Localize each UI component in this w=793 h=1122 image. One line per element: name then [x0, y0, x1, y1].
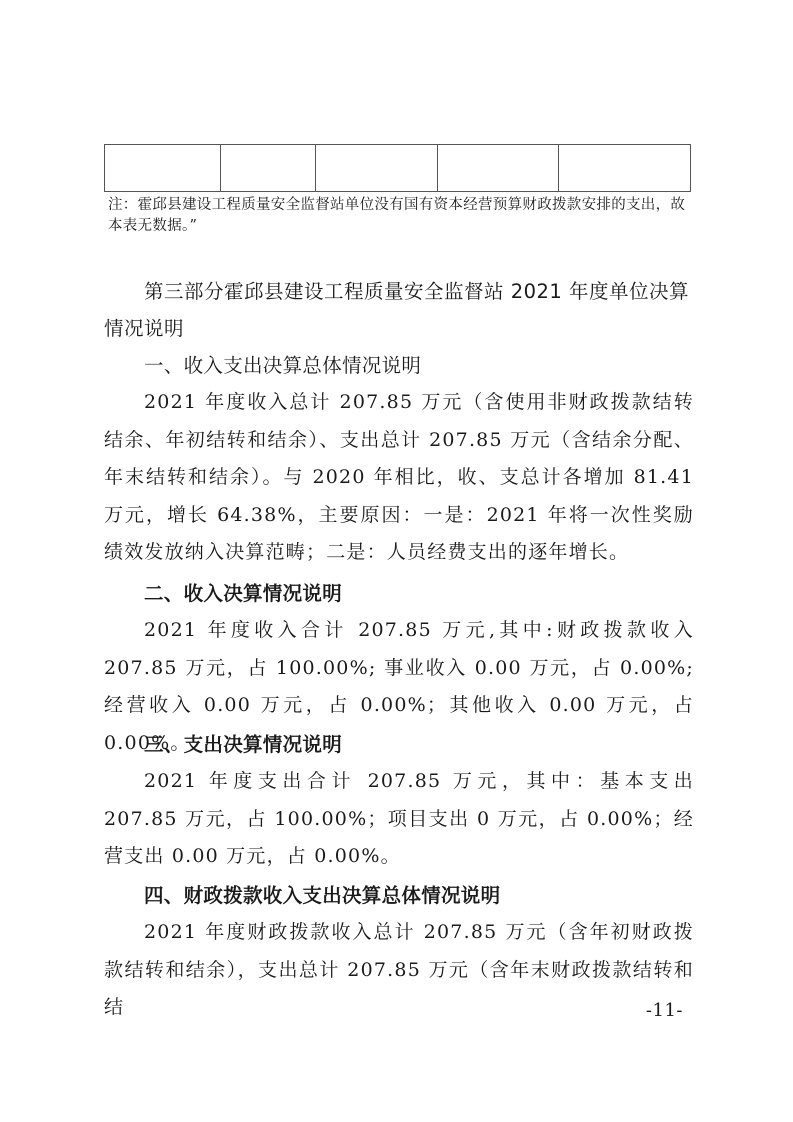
section-3: 三、支出决算情况说明 2021 年度支出合计 207.85 万元，其中：基本支出… [104, 726, 694, 876]
table-cell [105, 145, 221, 192]
part-title: 第三部分霍邱县建设工程质量安全监督站 2021 年度单位决算情况说明 [104, 273, 694, 347]
section-heading: 二、收入决算情况说明 [104, 575, 694, 612]
page-number: -11- [646, 1000, 683, 1021]
empty-data-table [104, 144, 691, 192]
table-cell [438, 145, 559, 192]
section-body: 2021 年度收入总计 207.85 万元（含使用非财政拨款结转结余、年初结转和… [104, 384, 694, 572]
section-1: 一、收入支出决算总体情况说明 2021 年度收入总计 207.85 万元（含使用… [104, 347, 694, 572]
table-cell [316, 145, 438, 192]
section-heading: 一、收入支出决算总体情况说明 [104, 347, 694, 384]
section-4: 四、财政拨款收入支出决算总体情况说明 2021 年度财政拨款收入总计 207.8… [104, 877, 694, 1027]
table-cell [221, 145, 316, 192]
table-cell [559, 145, 691, 192]
part-title-block: 第三部分霍邱县建设工程质量安全监督站 2021 年度单位决算情况说明 [104, 273, 694, 347]
section-body: 2021 年度财政拨款收入总计 207.85 万元（含年初财政拨款结转和结余），… [104, 914, 694, 1027]
table-row [105, 145, 691, 192]
section-heading: 三、支出决算情况说明 [104, 726, 694, 763]
table-note: 注：霍邱县建设工程质量安全监督站单位没有国有资本经营预算财政拨款安排的支出，故本… [108, 195, 698, 237]
section-body: 2021 年度支出合计 207.85 万元，其中：基本支出 207.85 万元，… [104, 763, 694, 876]
section-heading: 四、财政拨款收入支出决算总体情况说明 [104, 877, 694, 914]
